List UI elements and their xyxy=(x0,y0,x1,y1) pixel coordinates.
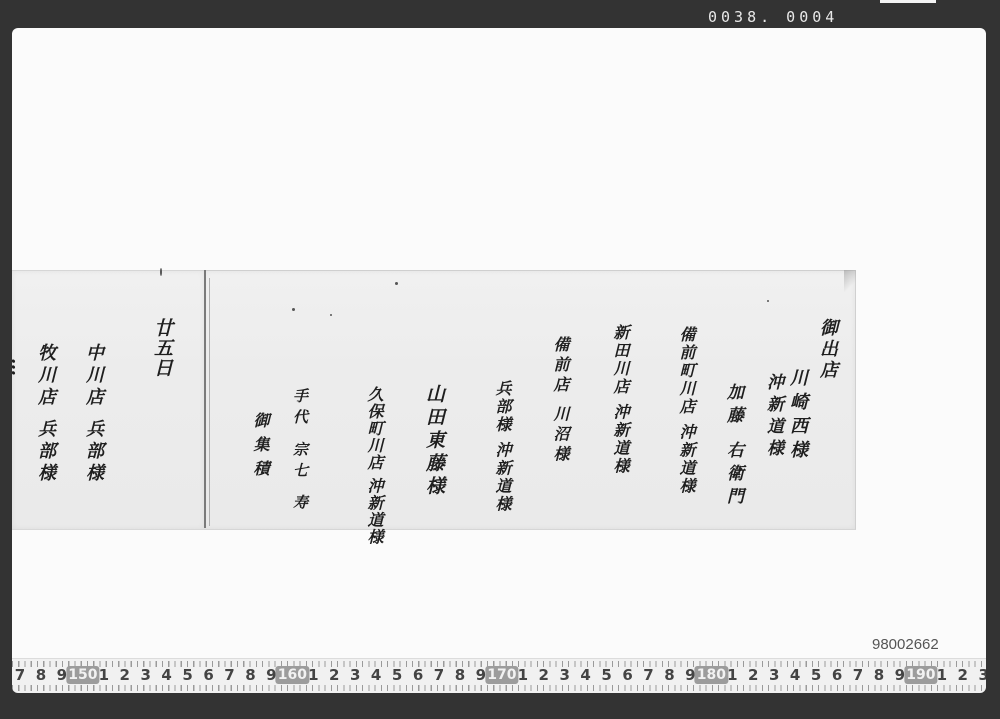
entry-column-partial: … xyxy=(12,358,26,377)
entry-column: 新田川店 沖新道様 xyxy=(612,324,628,476)
ruler-label: 5 xyxy=(601,666,611,684)
ruler-label: 5 xyxy=(811,666,821,684)
ruler-label: 6 xyxy=(622,666,632,684)
entry-column: 山田東藤様 xyxy=(424,384,443,499)
ruler-label: 5 xyxy=(182,666,192,684)
ruler-label: 8 xyxy=(664,666,674,684)
ruler-major-label: 180 xyxy=(695,666,728,684)
ruler-label: 4 xyxy=(790,666,800,684)
ruler-label: 3 xyxy=(559,666,569,684)
ruler-label: 3 xyxy=(140,666,150,684)
ruler-label: 8 xyxy=(245,666,255,684)
ruler-label: 3 xyxy=(350,666,360,684)
ruler-label: 3 xyxy=(769,666,779,684)
ink-speck xyxy=(330,314,332,316)
ink-speck xyxy=(292,308,295,311)
ruler-label: 8 xyxy=(874,666,884,684)
ruler-label: 4 xyxy=(580,666,590,684)
ruler-label: 2 xyxy=(120,666,130,684)
ruler-label: 3 xyxy=(978,666,986,684)
entry-column: 御出店 xyxy=(818,318,836,381)
ink-speck xyxy=(395,282,398,285)
ruler-major-label: 150 xyxy=(66,666,99,684)
ruler-label: 1 xyxy=(518,666,528,684)
entry-column: 加藤 右衛門 xyxy=(724,383,741,510)
ruler-label: 2 xyxy=(539,666,549,684)
film-frame-id: 0038. 0004 xyxy=(708,8,838,26)
ruler-label: 2 xyxy=(748,666,758,684)
ruler-major-label: 170 xyxy=(485,666,518,684)
ink-speck xyxy=(160,268,162,276)
ruler-label: 6 xyxy=(203,666,213,684)
ruler-label: 8 xyxy=(36,666,46,684)
ruler-label: 6 xyxy=(832,666,842,684)
microfilm-frame: 0038. 0004 廿五日 中川店 兵部様 牧川店 兵部様 … 御出店 川崎西… xyxy=(0,0,1000,719)
entry-column: 牧川店 兵部様 xyxy=(36,343,54,485)
entry-column: 兵部様 沖新道様 xyxy=(494,380,510,514)
entry-column: 川崎西様 xyxy=(788,368,806,464)
sheet-seam-fold xyxy=(209,278,210,526)
ruler-label: 7 xyxy=(15,666,25,684)
ruler-major-label: 190 xyxy=(904,666,937,684)
ruler-label: 2 xyxy=(958,666,968,684)
ruler-label: 1 xyxy=(727,666,737,684)
ruler-label: 7 xyxy=(434,666,444,684)
entry-column: 中川店 兵部様 xyxy=(84,343,102,485)
ruler-major-label: 160 xyxy=(276,666,309,684)
ink-speck xyxy=(767,300,769,302)
ruler-label: 2 xyxy=(329,666,339,684)
ruler-label: 5 xyxy=(392,666,402,684)
ruler-label: 1 xyxy=(99,666,109,684)
entry-column: 備前店 川沼様 xyxy=(552,336,568,466)
signature-column: 御集積 xyxy=(252,412,268,484)
ruler-label: 4 xyxy=(161,666,171,684)
entry-column: 備前町川店 沖新道様 xyxy=(678,326,694,496)
signature-column: 手代 宗七 寿 xyxy=(292,388,307,515)
ruler-label: 6 xyxy=(413,666,423,684)
ruler-label: 1 xyxy=(937,666,947,684)
ruler-label: 7 xyxy=(853,666,863,684)
ruler-label: 8 xyxy=(455,666,465,684)
ruler-label: 4 xyxy=(371,666,381,684)
entry-column: 久保町川店 沖新道様 xyxy=(366,386,382,546)
scan-sheet: 廿五日 中川店 兵部様 牧川店 兵部様 … 御出店 川崎西様 沖新道様 加藤 右… xyxy=(12,28,986,692)
frame-marker-tab xyxy=(880,0,936,3)
measurement-ruler: 7891501234567891601234567891701234567891… xyxy=(12,658,986,693)
ruler-labels: 7891501234567891601234567891701234567891… xyxy=(12,666,986,686)
sheet-seam xyxy=(204,270,206,528)
entry-column: 沖新道様 xyxy=(764,373,781,461)
catalog-number: 98002662 xyxy=(872,636,939,653)
date-column: 廿五日 xyxy=(152,318,171,378)
ruler-label: 7 xyxy=(643,666,653,684)
ruler-label: 7 xyxy=(224,666,234,684)
ruler-label: 1 xyxy=(308,666,318,684)
paper-corner-shadow xyxy=(844,270,856,292)
